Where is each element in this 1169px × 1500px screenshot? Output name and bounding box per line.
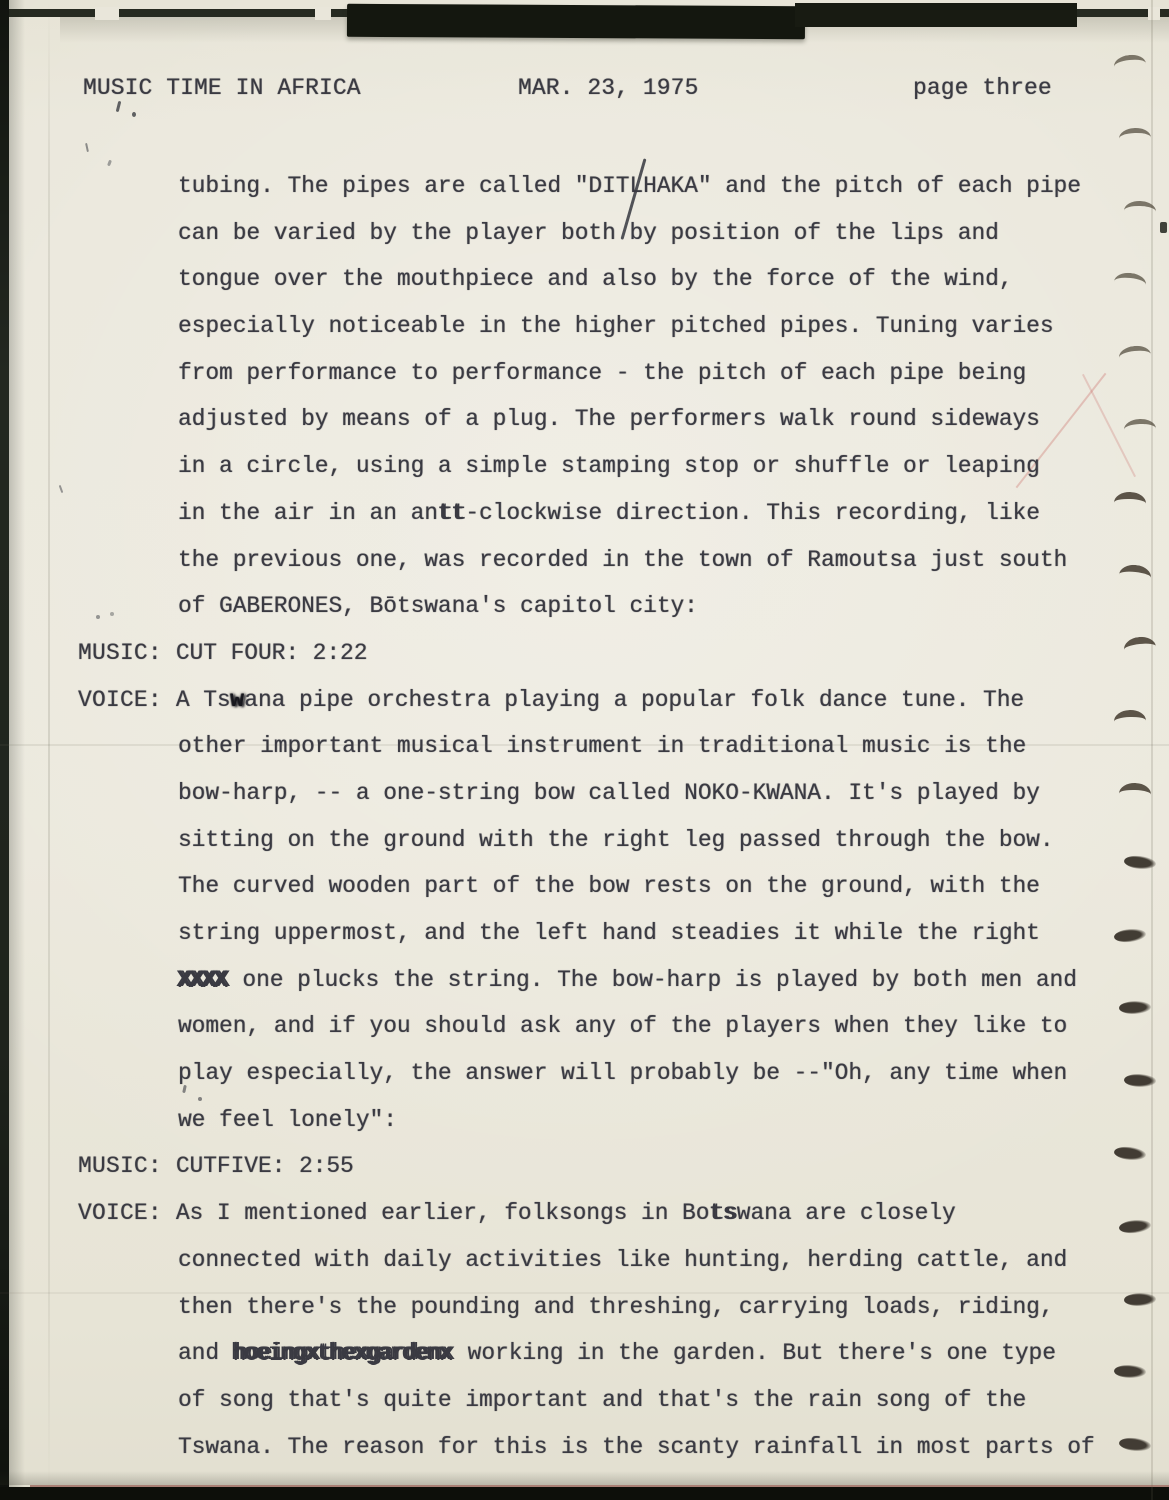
typed-text: other important musical instrument in tr… [178,733,1026,759]
typed-text: tubing. The pipes are called "DITLHAKA" … [178,173,1081,199]
stray-pen-mark [116,101,122,112]
typed-text: bow-harp, -- a one-string bow called NOK… [178,780,1040,806]
typed-text: ana pipe orchestra playing a popular fol… [244,687,1024,713]
typed-line: in the air in an antt-clockwise directio… [78,490,1138,537]
typed-text: The curved wooden part of the bow rests … [178,873,1040,899]
scan-edge-gap [1148,7,1160,20]
scan-edge-left [0,0,9,1500]
overstruck-text: hoeingxthexgardenx [233,1340,452,1366]
music-cue-five: MUSIC: CUTFIVE: 2:55 [78,1143,1138,1190]
typed-text: tongue over the mouthpiece and also by t… [178,266,1013,292]
typed-text: of GABERONES, Bōtswana's capitol city: [178,593,698,619]
typed-text: connected with daily activities like hun… [178,1247,1067,1273]
scanned-page: MUSIC TIME IN AFRICA MAR. 23, 1975 page … [0,0,1169,1500]
typed-line: of GABERONES, Bōtswana's capitol city: [78,583,1138,630]
paper-crease [1151,0,1153,1500]
typed-text: then there's the pounding and threshing,… [178,1294,1054,1320]
typed-line: of song that's quite important and that'… [78,1377,1138,1424]
typed-line: MUSIC: CUT FOUR: 2:22 [78,630,1138,677]
stray-pen-mark [85,143,89,152]
typed-line: string uppermost, and the left hand stea… [78,910,1138,957]
document-body: tubing. The pipes are called "DITLHAKA" … [78,163,1138,1470]
scan-edge-gap [95,7,119,20]
typed-text: we feel lonely": [178,1107,397,1133]
typed-text: women, and if you should ask any of the … [178,1013,1067,1039]
overstruck-text: XXXX [178,967,227,993]
typed-line: MUSIC: CUTFIVE: 2:55 [78,1143,1138,1190]
typed-text: -clockwise direction. This recording, li… [465,500,1040,526]
scan-edge-bottom [0,1487,1169,1500]
typed-text: especially noticeable in the higher pitc… [178,313,1054,339]
typed-line: The curved wooden part of the bow rests … [78,863,1138,910]
typed-line: the previous one, was recorded in the to… [78,537,1138,584]
binder-hole-shadow [1113,53,1147,76]
typed-text: from performance to performance - the pi… [178,360,1026,386]
scan-edge-left-shadow [9,0,25,1500]
typed-line: and hoeingxthexgardenx working in the ga… [78,1330,1138,1377]
typed-text: string uppermost, and the left hand stea… [178,920,1040,946]
typed-text: can be varied by the player both by posi… [178,220,999,246]
typed-text: the previous one, was recorded in the to… [178,547,1067,573]
paper-crease [48,0,50,1500]
typed-text: Tswana. The reason for this is the scant… [178,1434,1095,1460]
overstruck-text: tt [438,500,465,526]
typed-line: tubing. The pipes are called "DITLHAKA" … [78,163,1138,210]
typed-text: wana are closely [737,1200,956,1226]
voice-paragraph-folksongs: VOICE: As I mentioned earlier, folksongs… [78,1190,1138,1470]
typed-line: especially noticeable in the higher pitc… [78,303,1138,350]
typed-line: other important musical instrument in tr… [78,723,1138,770]
cue-label: MUSIC: [78,640,176,666]
voice-paragraph-bow-harp: VOICE: A Tswana pipe orchestra playing a… [78,677,1138,1144]
typed-text: and [178,1340,233,1366]
typed-line: bow-harp, -- a one-string bow called NOK… [78,770,1138,817]
typed-line: Tswana. The reason for this is the scant… [78,1424,1138,1471]
typed-text: CUTFIVE: 2:55 [176,1153,354,1179]
cue-label: MUSIC: [78,1153,176,1179]
typed-text: working in the garden. But there's one t… [454,1340,1056,1366]
stray-pen-mark [132,112,136,117]
cue-label: VOICE: [78,687,176,713]
typed-line: can be varied by the player both by posi… [78,210,1138,257]
overstruck-text: ts [709,1200,736,1226]
typed-text: one plucks the string. The bow-harp is p… [229,967,1077,993]
typed-text: in the air in an an [178,500,438,526]
scan-tape-band [795,3,1077,27]
typed-text: CUT FOUR: 2:22 [176,640,368,666]
stray-pen-mark [1160,222,1167,233]
typed-line: tongue over the mouthpiece and also by t… [78,256,1138,303]
narration-paragraph: tubing. The pipes are called "DITLHAKA" … [78,163,1138,630]
overstruck-text: w [231,687,245,713]
typed-text: of song that's quite important and that'… [178,1387,1026,1413]
typed-line: adjusted by means of a plug. The perform… [78,396,1138,443]
typed-text: As I mentioned earlier, folksongs in Bo [176,1200,710,1226]
typed-text: in a circle, using a simple stamping sto… [178,453,1040,479]
typed-text: sitting on the ground with the right leg… [178,827,1054,853]
scan-tape-band [347,4,805,39]
typed-line: VOICE: As I mentioned earlier, folksongs… [78,1190,1138,1237]
document-date: MAR. 23, 1975 [518,75,698,101]
scan-edge-gap [315,7,331,20]
page-number: page three [913,75,1052,101]
typed-line: then there's the pounding and threshing,… [78,1284,1138,1331]
music-cue-four: MUSIC: CUT FOUR: 2:22 [78,630,1138,677]
typed-line: in a circle, using a simple stamping sto… [78,443,1138,490]
typed-line: we feel lonely": [78,1097,1138,1144]
typed-line: connected with daily activities like hun… [78,1237,1138,1284]
stray-pen-mark [59,485,64,493]
scan-edge-bottom-shadow [0,1471,1169,1485]
typed-line: from performance to performance - the pi… [78,350,1138,397]
typed-text: adjusted by means of a plug. The perform… [178,406,1040,432]
typed-line: XXXX one plucks the string. The bow-harp… [78,957,1138,1004]
typed-line: VOICE: A Tswana pipe orchestra playing a… [78,677,1138,724]
typed-line: play especially, the answer will probabl… [78,1050,1138,1097]
binder-hole-shadow [1119,127,1152,148]
document-title: MUSIC TIME IN AFRICA [83,75,361,101]
cue-label: VOICE: [78,1200,176,1226]
typed-text: A Ts [176,687,231,713]
typed-text: play especially, the answer will probabl… [178,1060,1067,1086]
typed-line: women, and if you should ask any of the … [78,1003,1138,1050]
typed-line: sitting on the ground with the right leg… [78,817,1138,864]
